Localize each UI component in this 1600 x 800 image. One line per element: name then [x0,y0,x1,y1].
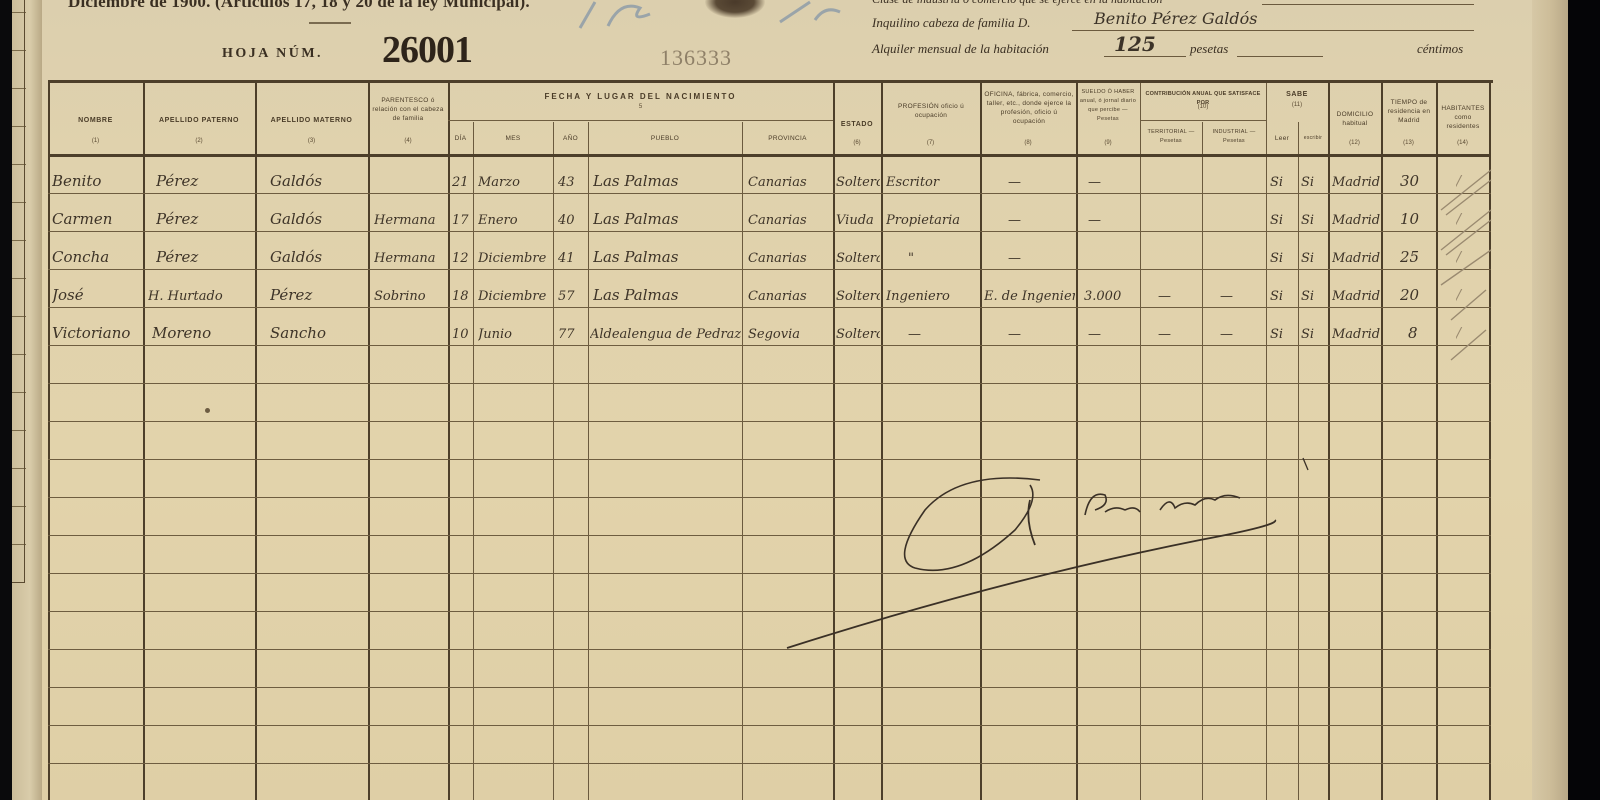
header-territorial: TERRITORIAL — Pesetas [1140,128,1202,146]
header-apellido-materno: APELLIDO MATERNO [255,116,368,125]
diagonal-strike-icon [1436,160,1496,370]
head-of-family-value: Benito Pérez Galdós [1094,9,1257,28]
header-escribir: escribir [1298,134,1328,143]
header-domicilio: DOMICILIO habitual [1330,110,1380,128]
header-estado: ESTADO [833,120,881,129]
scan-border-left [0,0,12,800]
sheet-number-label: HOJA NÚM. [222,46,323,62]
rent-line [1104,56,1186,57]
header-provincia: PROVINCIA [742,134,833,143]
header-industrial: INDUSTRIAL — Pesetas [1202,128,1266,146]
blue-pencil-mark-icon [560,0,860,30]
header-sueldo: SUELDO Ó HABER anual, ó jornal diario qu… [1078,88,1138,124]
header-leer: Leer [1266,134,1298,143]
monthly-rent-label: Alquiler mensual de la habitación [872,41,1049,57]
household-form: Clase de industria ó comercio que se eje… [872,0,1492,70]
header-sabe: SABE [1266,90,1328,99]
legal-reference: Diciembre de 1900. (Artículos 17, 18 y 2… [68,0,530,12]
header-apellido-paterno: APELLIDO PATERNO [143,116,255,125]
occupation-line [1262,4,1474,5]
pesetas-label: pesetas [1190,41,1228,57]
ink-spot [205,408,210,413]
header-parentesco: PARENTESCO ó relación con el cabeza de f… [370,96,446,123]
scan-border-right [1568,0,1600,800]
divider [309,22,351,24]
head-of-family-label: Inquilino cabeza de familia D. [872,15,1031,31]
header-profesion: PROFESIÓN oficio ú ocupación [888,102,974,120]
header-nombre: NOMBRE [48,116,143,125]
monthly-rent-value: 125 [1114,32,1156,56]
header-mes: MES [473,134,553,143]
header-birth-group: FECHA Y LUGAR DEL NACIMIENTO [448,92,833,101]
centimos-label: céntimos [1417,41,1463,57]
header-oficina: OFICINA, fábrica, comercio, taller, etc.… [984,90,1074,126]
adjacent-page-box [12,0,25,583]
centimos-line [1237,56,1323,57]
stamp-number: 136333 [660,45,732,71]
occupation-line-label: Clase de industria ó comercio que se eje… [872,0,1162,7]
census-table: NOMBRE (1) APELLIDO PATERNO (2) APELLIDO… [48,80,1493,800]
header-habitantes: HABITANTES como residentes [1438,104,1488,131]
header-tiempo: TIEMPO de residencia en Madrid [1383,98,1435,125]
sheet-number: 26001 [382,28,472,72]
header-pueblo: PUEBLO [588,134,742,143]
header-dia: DÍA [448,134,473,143]
header-ano: AÑO [553,134,588,143]
head-of-family-line [1072,30,1474,31]
page-edge-right [1532,0,1568,800]
